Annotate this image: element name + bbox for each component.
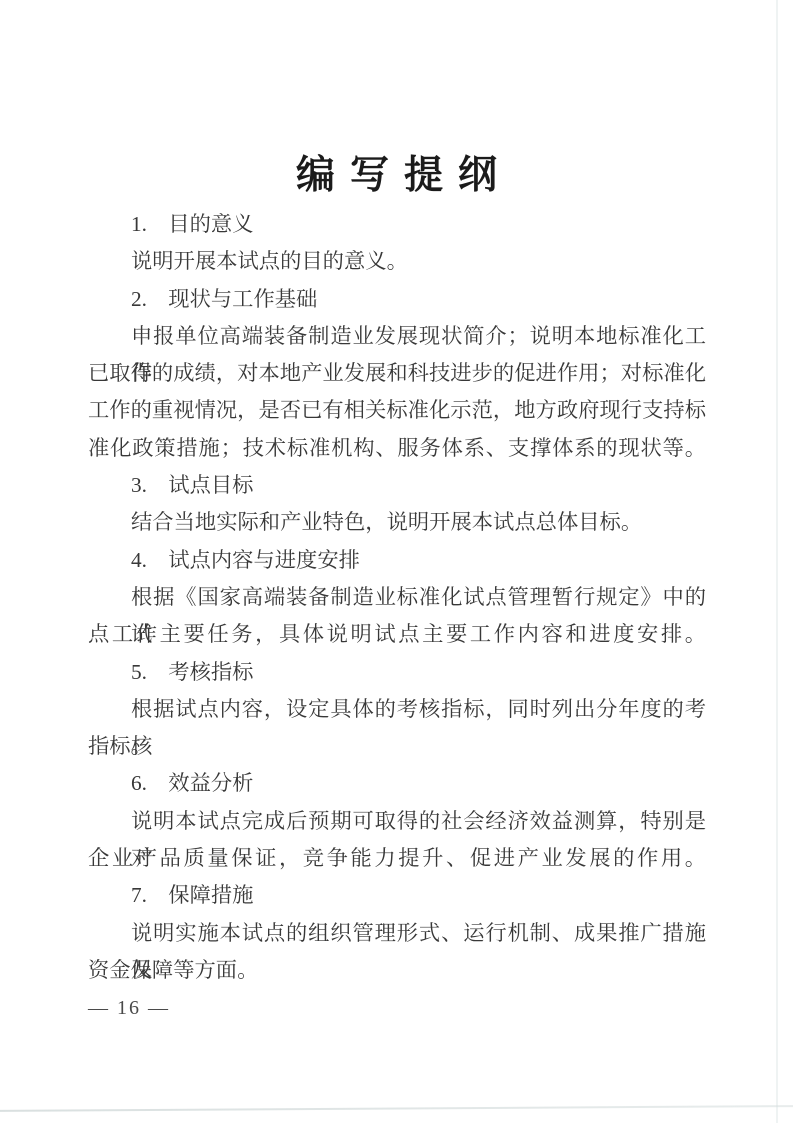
text-line: 7. 保障措施 [88, 877, 706, 914]
text-line: 说明实施本试点的组织管理形式、运行机制、成果推广措施及 [88, 915, 706, 952]
document-body: 1. 目的意义说明开展本试点的目的意义。2. 现状与工作基础申报单位高端装备制造… [88, 206, 706, 989]
text-line: 根据《国家高端装备制造业标准化试点管理暂行规定》中的试 [88, 579, 706, 616]
text-line: 企业产品质量保证，竞争能力提升、促进产业发展的作用。 [88, 840, 706, 877]
text-line: 1. 目的意义 [88, 206, 706, 243]
text-line: 已取得的成绩，对本地产业发展和科技进步的促进作用；对标准化 [88, 355, 706, 392]
page-number: — 16 — [88, 997, 170, 1020]
scan-paper-edge-bottom [0, 1105, 793, 1112]
scan-paper-edge-right [776, 0, 778, 1123]
text-line: 指标。 [88, 728, 706, 765]
text-line: 6. 效益分析 [88, 765, 706, 802]
page-title: 编写提纲 [0, 144, 793, 200]
text-line: 工作的重视情况，是否已有相关标准化示范，地方政府现行支持标 [88, 392, 706, 429]
scanned-document-page: 编写提纲 1. 目的意义说明开展本试点的目的意义。2. 现状与工作基础申报单位高… [0, 0, 793, 1123]
text-line: 4. 试点内容与进度安排 [88, 542, 706, 579]
text-line: 准化政策措施；技术标准机构、服务体系、支撑体系的现状等。 [88, 430, 706, 467]
text-line: 说明本试点完成后预期可取得的社会经济效益测算，特别是对 [88, 803, 706, 840]
text-line: 3. 试点目标 [88, 467, 706, 504]
text-line: 结合当地实际和产业特色，说明开展本试点总体目标。 [88, 504, 706, 541]
text-line: 根据试点内容，设定具体的考核指标，同时列出分年度的考核 [88, 691, 706, 728]
text-line: 资金保障等方面。 [88, 952, 706, 989]
text-line: 说明开展本试点的目的意义。 [88, 243, 706, 280]
text-line: 点工作主要任务，具体说明试点主要工作内容和进度安排。 [88, 616, 706, 653]
text-line: 5. 考核指标 [88, 654, 706, 691]
text-line: 申报单位高端装备制造业发展现状简介；说明本地标准化工作 [88, 318, 706, 355]
text-line: 2. 现状与工作基础 [88, 281, 706, 318]
